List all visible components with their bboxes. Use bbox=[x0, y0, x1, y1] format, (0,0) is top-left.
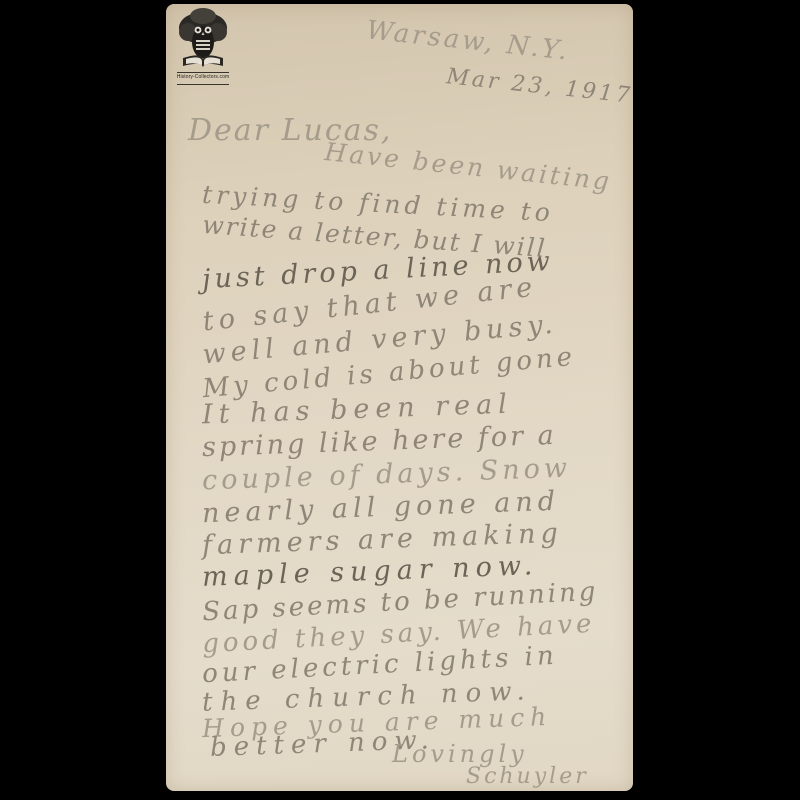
letter-card: History-Collectors.com Warsaw, N.Y. Mar … bbox=[166, 4, 633, 791]
logo-rule-top bbox=[177, 72, 229, 73]
letter-date: Mar 23, 1917 bbox=[445, 66, 633, 107]
logo-text: History-Collectors.com bbox=[174, 74, 232, 80]
photo-stage: History-Collectors.com Warsaw, N.Y. Mar … bbox=[0, 0, 800, 800]
letter-closing: Lovingly bbox=[392, 742, 528, 766]
letter-signature: Schuyler bbox=[466, 766, 589, 788]
logo-rule-bottom bbox=[177, 84, 229, 85]
letter-line: Have been waiting bbox=[323, 139, 613, 194]
letter-place: Warsaw, N.Y. bbox=[365, 17, 571, 64]
owl-on-book-icon bbox=[174, 6, 232, 72]
watermark-logo: History-Collectors.com bbox=[174, 6, 232, 88]
